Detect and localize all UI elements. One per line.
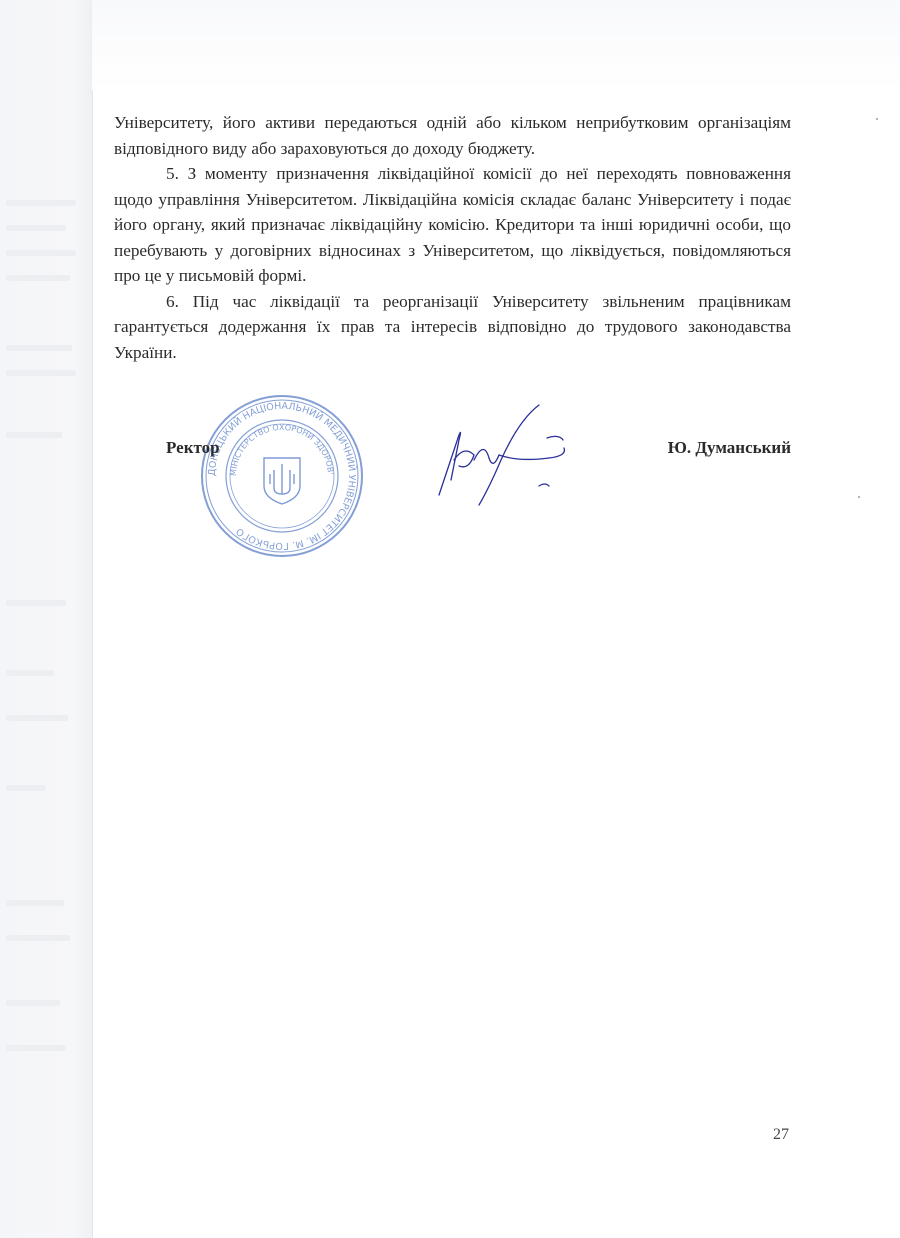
document-body: Університету, його активи передаються од…: [114, 110, 791, 365]
ghost-text: [6, 200, 76, 206]
ghost-text: [6, 225, 66, 231]
paragraph-5: 5. З моменту призначення ліквідаційної к…: [114, 161, 791, 289]
ghost-text: [6, 600, 66, 606]
ghost-text: [6, 275, 70, 281]
ghost-text: [6, 250, 76, 256]
signature-block: ДОНЕЦЬКИЙ НАЦІОНАЛЬНИЙ МЕДИЧНИЙ УНІВЕРСИ…: [114, 400, 791, 560]
official-stamp-icon: ДОНЕЦЬКИЙ НАЦІОНАЛЬНИЙ МЕДИЧНИЙ УНІВЕРСИ…: [198, 392, 366, 560]
handwritten-signature-icon: [429, 400, 579, 510]
ghost-text: [6, 935, 70, 941]
ghost-text: [6, 670, 54, 676]
ghost-text: [6, 900, 64, 906]
ghost-text: [6, 1045, 66, 1051]
scan-margin-artifact: [0, 0, 93, 1238]
signatory-name: Ю. Думанський: [668, 438, 791, 458]
ghost-text: [6, 715, 68, 721]
scan-speck: [876, 118, 878, 120]
scan-top-artifact: [92, 0, 900, 90]
ghost-text: [6, 785, 46, 791]
paragraph-continuation: Університету, його активи передаються од…: [114, 110, 791, 161]
paragraph-6: 6. Під час ліквідації та реорганізації У…: [114, 289, 791, 366]
page-number: 27: [773, 1126, 789, 1144]
ghost-text: [6, 432, 62, 438]
scan-speck: [858, 496, 860, 498]
ghost-text: [6, 1000, 60, 1006]
signatory-title: Ректор: [166, 438, 220, 458]
ghost-text: [6, 345, 72, 351]
ghost-text: [6, 370, 76, 376]
